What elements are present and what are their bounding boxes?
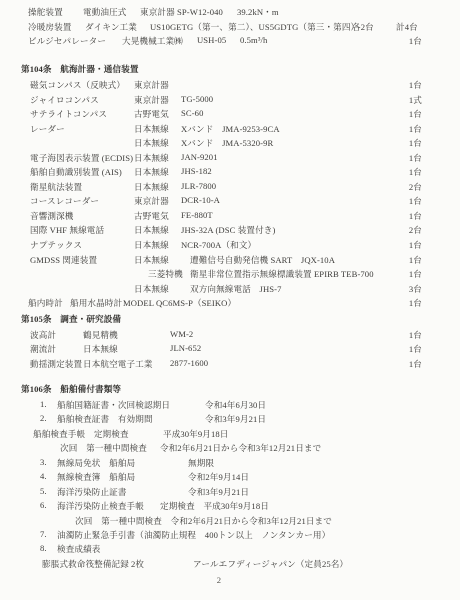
- equipment-model: JAN-9201: [181, 152, 218, 162]
- equipment-qty: 1台: [376, 358, 422, 370]
- document-row: 5. 海洋汚染防止証書 令和3年9月21日: [0, 486, 460, 500]
- equipment-model: JHS-182: [181, 166, 212, 176]
- item-number: 2.: [40, 413, 47, 423]
- item-value: 令和4年6月30日: [205, 399, 266, 411]
- item-value: 定期検査 平成30年9月18日: [160, 500, 269, 512]
- section-heading: 第105条 調査・研究設備: [0, 313, 460, 329]
- equipment-row: 三菱特機 衛星非常位置指示無線標識装置 EPIRB TEB-700 1台: [0, 268, 460, 283]
- equipment-name: 冷暖房装置: [28, 21, 71, 33]
- item-number: 7.: [40, 529, 47, 539]
- equipment-model: USH-05: [197, 35, 226, 45]
- equipment-model: US10GETG（第一、第二）、US5GDTG（第三・第四）: [150, 21, 359, 33]
- item-label: 船舶検査証書 有効期間: [57, 413, 153, 425]
- item-value: 平成30年9月18日: [163, 428, 228, 440]
- item-value: 令和3年9月21日: [205, 413, 266, 425]
- document-row: 次回 第一種中間検査 令和2年6月21日から令和3年12月21日まで: [0, 442, 460, 456]
- item-number: 5.: [40, 486, 47, 496]
- equipment-qty: 1台: [376, 195, 422, 207]
- equipment-model: JHS-32A (DSC 装置付き): [181, 224, 275, 236]
- equipment-model: 2877-1600: [170, 358, 208, 368]
- item-label: 次回 第一種中間検査: [60, 442, 147, 454]
- document-row: 膨脹式救命筏整備記録 2枚 アールエフディージャパン（定員25名）: [0, 558, 460, 572]
- equipment-row: 波高計 鶴見精機 WM-2 1台: [0, 329, 460, 343]
- item-label: 船舶検査手帳 定期検査: [33, 428, 129, 440]
- equipment-row: 衛星航法装置 日本無線 JLR-7800 2台: [0, 181, 460, 196]
- equipment-name: ジャイロコンパス: [30, 94, 99, 106]
- equipment-name: 国際 VHF 無線電話: [30, 224, 104, 236]
- section-heading: 第106条 船舶備付書類等: [0, 383, 460, 399]
- equipment-qty: 1台: [376, 137, 422, 149]
- equipment-row: 磁気コンパス（反映式） 東京計器 1台: [0, 79, 460, 94]
- document-page: 操舵装置 電動油圧式 東京計器 SP-W12-040 39.2kN・m 冷暖房装…: [0, 0, 460, 600]
- section-heading: 第104条 航海計器・通信装置: [0, 63, 460, 79]
- equipment-name: 潮流計: [30, 343, 56, 355]
- equipment-maker: 三菱特機: [148, 268, 183, 280]
- equipment-qty: 1台: [376, 343, 422, 355]
- equipment-maker: 古野電気: [134, 108, 169, 120]
- item-number: 1.: [40, 399, 47, 409]
- equipment-name: 船内時計: [28, 297, 63, 309]
- equipment-qty: 1台: [376, 123, 422, 135]
- equipment-row: 動揺測定装置 日本航空電子工業 2877-1600 1台: [0, 358, 460, 372]
- equipment-name: 船舶自動識別装置 (AIS): [30, 166, 122, 178]
- section-article-106: 第106条 船舶備付書類等 1. 船舶国籍証書・次回検認期日 令和4年6月30日…: [0, 383, 460, 572]
- equipment-row: 船舶自動識別装置 (AIS) 日本無線 JHS-182 1台: [0, 166, 460, 181]
- equipment-maker: 日本無線: [134, 224, 169, 236]
- equipment-qty: 2台: [376, 181, 422, 193]
- document-row: 船舶検査手帳 定期検査 平成30年9月18日: [0, 428, 460, 442]
- equipment-model: MODEL QC6MS-P（SEIKO）: [123, 297, 236, 309]
- equipment-name: 操舵装置: [28, 6, 63, 18]
- equipment-qty: 1台: [376, 108, 422, 120]
- equipment-row: 日本無線 Xバンド JMA-5320-9R 1台: [0, 137, 460, 152]
- equipment-qty: 1台: [376, 268, 422, 280]
- equipment-model: JLN-652: [170, 343, 201, 353]
- equipment-qty: 1台: [376, 210, 422, 222]
- item-label: 海洋汚染防止証書: [57, 486, 127, 498]
- document-row: 4. 無線検査簿 船舶局 令和2年9月14日: [0, 471, 460, 485]
- equipment-row: レーダー 日本無線 Xバンド JMA-9253-9CA 1台: [0, 123, 460, 138]
- equipment-name: 動揺測定装置: [30, 358, 82, 370]
- item-value: 無期限: [188, 457, 214, 469]
- document-row: 3. 無線局免状 船舶局 無期限: [0, 457, 460, 471]
- document-row: 7. 油濁防止緊急手引書（油濁防止規程 400トン以上 ノンタンカー用）: [0, 529, 460, 543]
- equipment-row: GMDSS 関連装置 日本無線 遭難信号自動発信機 SART JQX-10A 1…: [0, 254, 460, 269]
- equipment-qty-each: 各2台: [352, 21, 374, 33]
- item-label: 船舶国籍証書・次回検認期日: [57, 399, 170, 411]
- item-number: 3.: [40, 457, 47, 467]
- document-row: 次回 第一種中間検査 令和2年6月21日から令和3年12月21日まで: [0, 515, 460, 529]
- section-article-105: 第105条 調査・研究設備 波高計 鶴見精機 WM-2 1台 潮流計 日本無線 …: [0, 313, 460, 372]
- equipment-maker: 日本無線: [134, 166, 169, 178]
- equipment-maker: 日本無線: [134, 181, 169, 193]
- equipment-row: ナプテックス 日本無線 NCR-700A（和文） 1台: [0, 239, 460, 254]
- equipment-maker: 大晃機械工業㈱: [122, 35, 183, 47]
- document-row: 2. 船舶検査証書 有効期間 令和3年9月21日: [0, 413, 460, 427]
- equipment-spec: 0.5m³/h: [240, 35, 267, 45]
- equipment-name: ナプテックス: [30, 239, 82, 251]
- item-label: 無線検査簿 船舶局: [57, 471, 135, 483]
- equipment-qty: 1台: [376, 166, 422, 178]
- equipment-model: NCR-700A（和文）: [181, 239, 256, 251]
- equipment-model: 遭難信号自動発信機 SART JQX-10A: [190, 254, 335, 266]
- equipment-qty: 1台: [376, 239, 422, 251]
- item-number: 8.: [40, 543, 47, 553]
- equipment-qty: 1式: [376, 94, 422, 106]
- equipment-model: DCR-10-A: [181, 195, 220, 205]
- equipment-name: コースレコーダー: [30, 195, 99, 207]
- item-label: 海洋汚染防止検査手帳: [57, 500, 144, 512]
- ship-clock-row: 船内時計 船用水晶時計 MODEL QC6MS-P（SEIKO） 1台: [0, 297, 460, 312]
- equipment-model: Xバンド JMA-5320-9R: [181, 137, 273, 149]
- equipment-row: サテライトコンパス 古野電気 SC-60 1台: [0, 108, 460, 123]
- equipment-row: 音響測深機 古野電気 FE-880T 1台: [0, 210, 460, 225]
- equipment-model: SC-60: [181, 108, 203, 118]
- document-row: 8. 検査成績表: [0, 543, 460, 557]
- equipment-maker: 日本無線: [83, 343, 118, 355]
- equipment-qty: 1台: [376, 152, 422, 164]
- equipment-model: 衛星非常位置指示無線標識装置 EPIRB TEB-700: [190, 268, 374, 280]
- document-row: 6. 海洋汚染防止検査手帳 定期検査 平成30年9月18日: [0, 500, 460, 514]
- equipment-row: 電子海図表示装置 (ECDIS) 日本無線 JAN-9201 1台: [0, 152, 460, 167]
- equipment-qty: 1台: [376, 79, 422, 91]
- equipment-qty-total: 計4台: [396, 21, 418, 33]
- equipment-maker: 鶴見精機: [83, 329, 118, 341]
- equipment-maker: 日本無線: [134, 137, 169, 149]
- equipment-row: コースレコーダー 東京計器 DCR-10-A 1台: [0, 195, 460, 210]
- equipment-name: ビルジセパレーター: [28, 35, 106, 47]
- equipment-spec: 39.2kN・m: [237, 6, 279, 18]
- item-value: 令和2年6月21日から令和3年12月21日まで: [160, 442, 321, 454]
- equipment-model: Xバンド JMA-9253-9CA: [181, 123, 280, 135]
- item-label: 膨脹式救命筏整備記録: [42, 558, 129, 570]
- equipment-maker: 東京計器: [134, 94, 169, 106]
- equipment-model: 双方向無線電話 JHS-7: [190, 283, 282, 295]
- equipment-qty: 2台: [376, 224, 422, 236]
- equipment-row: 冷暖房装置 ダイキン工業 US10GETG（第一、第二）、US5GDTG（第三・…: [0, 21, 460, 36]
- equipment-model: JLR-7800: [181, 181, 216, 191]
- item-count: 2枚: [131, 558, 144, 570]
- equipment-maker-model: 東京計器 SP-W12-040: [140, 6, 223, 18]
- equipment-name: 音響測深機: [30, 210, 73, 222]
- equipment-name: GMDSS 関連装置: [30, 254, 97, 266]
- item-number: 4.: [40, 471, 47, 481]
- equipment-model: WM-2: [170, 329, 193, 339]
- equipment-qty: 1台: [376, 329, 422, 341]
- equipment-name: サテライトコンパス: [30, 108, 107, 120]
- item-label: 検査成績表: [57, 543, 100, 555]
- equipment-maker: 日本航空電子工業: [83, 358, 153, 370]
- equipment-type: 船用水晶時計: [70, 297, 122, 309]
- item-label: 無線局免状 船舶局: [57, 457, 135, 469]
- equipment-row: ジャイロコンパス 東京計器 TG-5000 1式: [0, 94, 460, 109]
- top-equipment-block: 操舵装置 電動油圧式 東京計器 SP-W12-040 39.2kN・m 冷暖房装…: [0, 6, 460, 50]
- item-value: 令和2年9月14日: [188, 471, 249, 483]
- equipment-qty: 3台: [376, 283, 422, 295]
- item-value: 令和3年9月21日: [188, 486, 249, 498]
- equipment-qty: 1台: [376, 297, 422, 309]
- equipment-row: 操舵装置 電動油圧式 東京計器 SP-W12-040 39.2kN・m: [0, 6, 460, 21]
- equipment-row: 日本無線 双方向無線電話 JHS-7 3台: [0, 283, 460, 298]
- equipment-row: ビルジセパレーター 大晃機械工業㈱ USH-05 0.5m³/h 1台: [0, 35, 460, 50]
- equipment-maker: 東京計器: [134, 195, 169, 207]
- equipment-name: 磁気コンパス（反映式）: [30, 79, 125, 91]
- equipment-model: FE-880T: [181, 210, 213, 220]
- page-number: 2: [196, 575, 242, 585]
- equipment-maker: 日本無線: [134, 123, 169, 135]
- equipment-name: 電子海図表示装置 (ECDIS): [30, 152, 133, 164]
- equipment-maker: 日本無線: [134, 152, 169, 164]
- equipment-maker: 日本無線: [134, 283, 169, 295]
- equipment-row: 潮流計 日本無線 JLN-652 1台: [0, 343, 460, 357]
- item-number: 6.: [40, 500, 47, 510]
- equipment-model: TG-5000: [181, 94, 213, 104]
- equipment-type: 電動油圧式: [83, 6, 126, 18]
- equipment-maker: 日本無線: [134, 239, 169, 251]
- equipment-name: 波高計: [30, 329, 56, 341]
- item-label: 油濁防止緊急手引書（油濁防止規程 400トン以上 ノンタンカー用）: [57, 529, 330, 541]
- equipment-maker: ダイキン工業: [85, 21, 137, 33]
- equipment-name: 衛星航法装置: [30, 181, 82, 193]
- equipment-name: レーダー: [30, 123, 65, 135]
- item-label: 次回 第一種中間検査 令和2年6月21日から令和3年12月21日まで: [75, 515, 332, 527]
- equipment-qty: 1台: [376, 254, 422, 266]
- section-article-104: 第104条 航海計器・通信装置 磁気コンパス（反映式） 東京計器 1台 ジャイロ…: [0, 63, 460, 312]
- document-row: 1. 船舶国籍証書・次回検認期日 令和4年6月30日: [0, 399, 460, 413]
- equipment-row: 国際 VHF 無線電話 日本無線 JHS-32A (DSC 装置付き) 2台: [0, 224, 460, 239]
- equipment-maker: 古野電気: [134, 210, 169, 222]
- equipment-qty: 1台: [376, 35, 422, 47]
- equipment-maker: 日本無線: [134, 254, 169, 266]
- equipment-maker: 東京計器: [134, 79, 169, 91]
- item-value: アールエフディージャパン（定員25名）: [193, 558, 348, 570]
